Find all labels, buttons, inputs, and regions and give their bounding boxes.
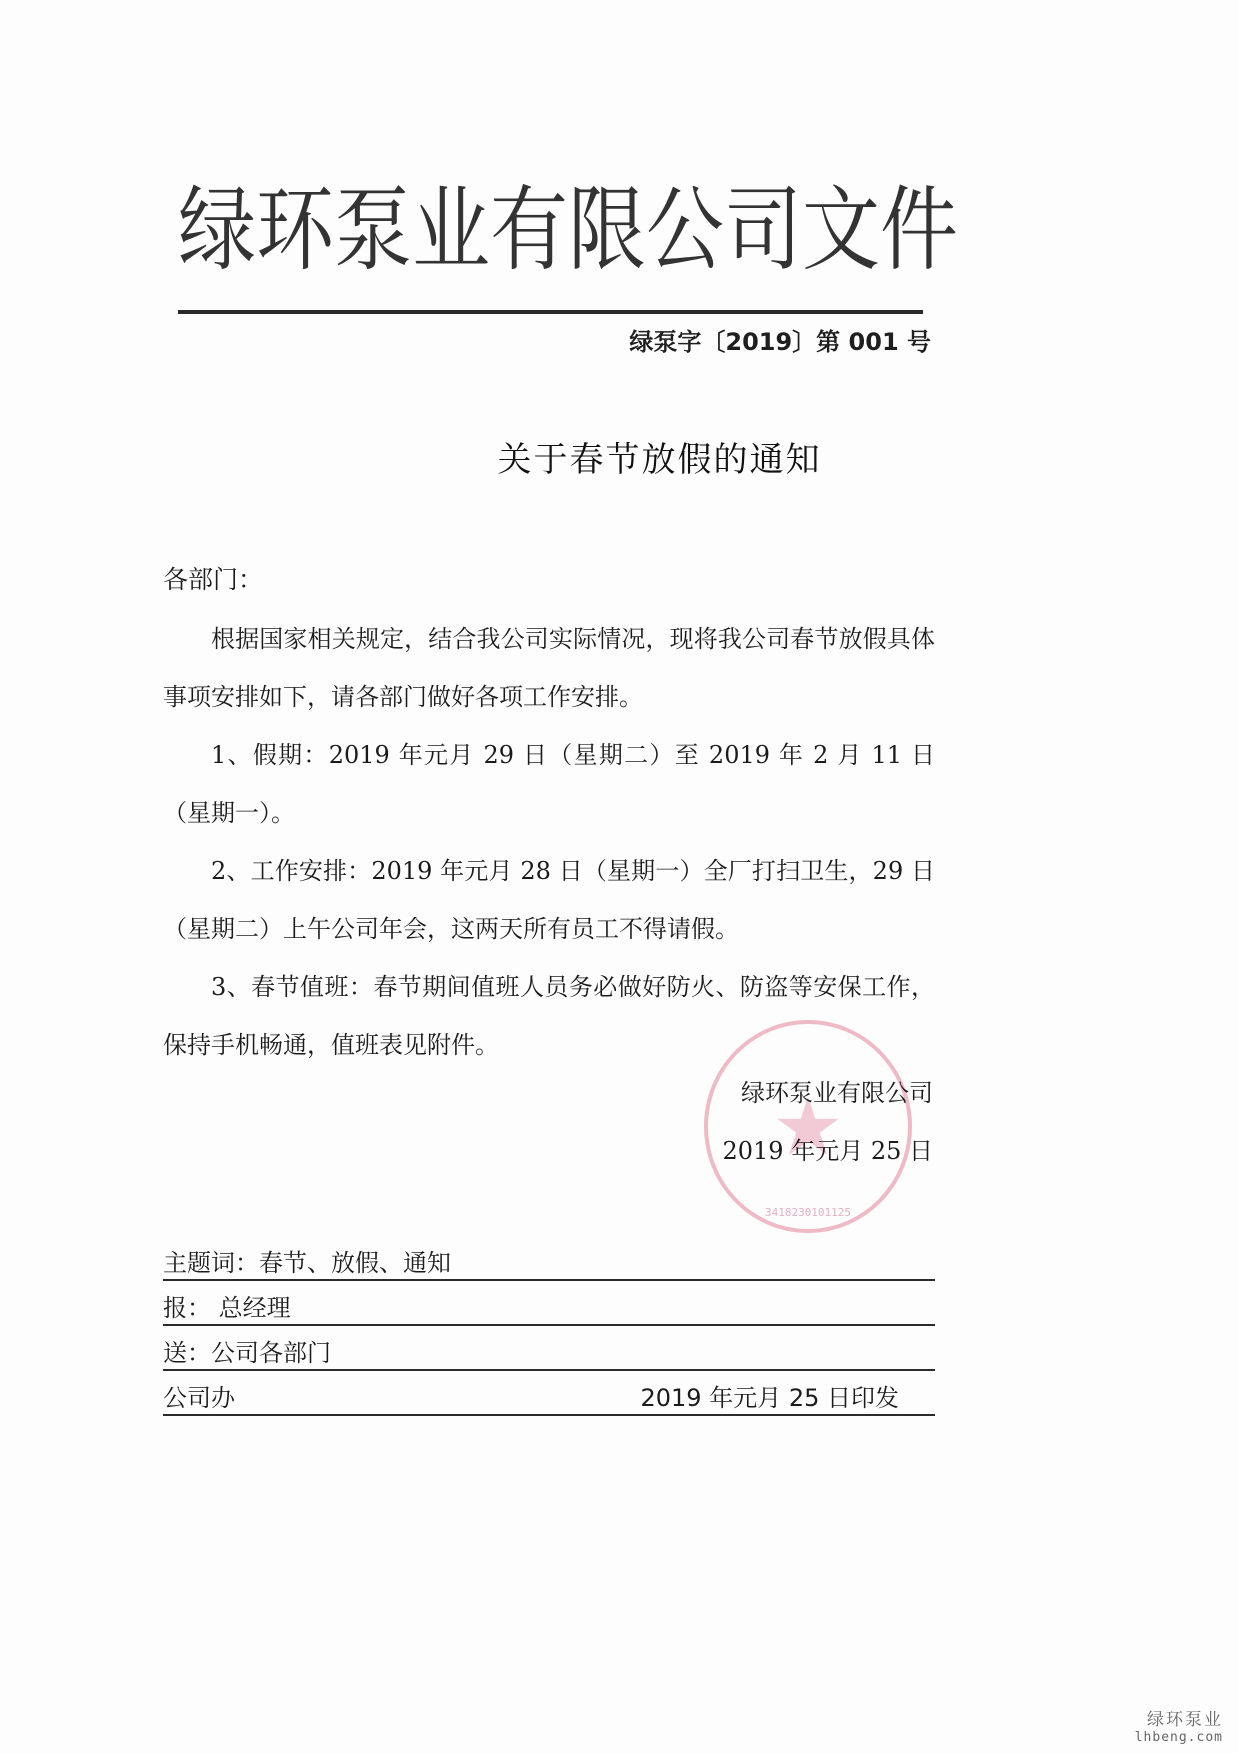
notice-title: 关于春节放假的通知 [0, 432, 1239, 481]
site-watermark: 绿环泵业 lhbeng.com [1135, 1705, 1223, 1745]
document-number: 绿泵字〔2019〕第 001 号 [629, 322, 931, 357]
document-page: 绿环泵业有限公司文件 绿泵字〔2019〕第 001 号 关于春节放假的通知 各部… [0, 0, 1239, 1753]
paragraph-intro: 根据国家相关规定，结合我公司实际情况，现将我公司春节放假具体事项安排如下，请各部… [163, 610, 935, 726]
seal-code: 3418230101125 [708, 1206, 908, 1219]
signature-block: 绿环泵业有限公司 2019 年元月 25 日 [722, 1064, 933, 1180]
send-to: 送：公司各部门 [163, 1338, 331, 1368]
footer-row-keywords: 主题词：春节、放假、通知 [163, 1236, 935, 1281]
distribution-footer: 主题词：春节、放假、通知 报： 总经理 送：公司各部门 公司办 2019 年元月… [163, 1236, 935, 1416]
keywords: 主题词：春节、放假、通知 [163, 1248, 451, 1278]
paragraph-holiday: 1、假期：2019 年元月 29 日（星期二）至 2019 年 2 月 11 日… [163, 726, 935, 842]
footer-row-report: 报： 总经理 [163, 1281, 935, 1326]
paragraph-work-arrangement: 2、工作安排：2019 年元月 28 日（星期一）全厂打扫卫生，29 日（星期二… [163, 842, 935, 958]
footer-row-issuer: 公司办 2019 年元月 25 日印发 [163, 1371, 935, 1416]
notice-body: 根据国家相关规定，结合我公司实际情况，现将我公司春节放假具体事项安排如下，请各部… [163, 610, 935, 1074]
signature-date: 2019 年元月 25 日 [722, 1122, 933, 1180]
masthead-divider [178, 310, 923, 314]
issuer: 公司办 [163, 1383, 235, 1413]
issue-date: 2019 年元月 25 日印发 [640, 1383, 935, 1413]
watermark-name: 绿环泵业 [1135, 1705, 1223, 1730]
salutation: 各部门： [163, 560, 263, 596]
watermark-url: lhbeng.com [1135, 1730, 1223, 1745]
report-to: 报： 总经理 [163, 1293, 291, 1323]
footer-row-send: 送：公司各部门 [163, 1326, 935, 1371]
signature-company: 绿环泵业有限公司 [722, 1064, 933, 1122]
masthead-title: 绿环泵业有限公司文件 [178, 172, 928, 290]
